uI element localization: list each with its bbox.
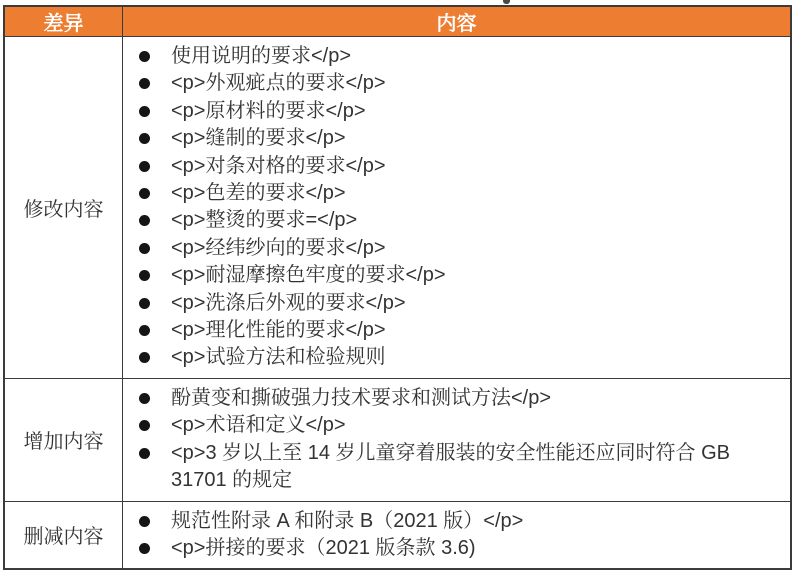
list-item: <p>原材料的要求</p>: [123, 98, 772, 125]
list-item-text: <p>理化性能的要求</p>: [171, 317, 772, 344]
list-item: 规范性附录 A 和附录 B（2021 版）</p>: [123, 508, 772, 535]
list-item: <p>3 岁以上至 14 岁儿童穿着服装的安全性能还应同时符合 GB 31701…: [123, 440, 772, 495]
list-item-text: 酚黄变和撕破强力技术要求和测试方法</p>: [171, 385, 772, 412]
list-item-text: 使用说明的要求</p>: [171, 43, 772, 70]
bullet-icon: [139, 51, 150, 62]
list-item-text: 规范性附录 A 和附录 B（2021 版）</p>: [171, 508, 772, 535]
list-item: 酚黄变和撕破强力技术要求和测试方法</p>: [123, 385, 772, 412]
bullet-icon: [139, 106, 150, 117]
header-col-diff: 差异: [4, 6, 123, 37]
list-item-text: <p>术语和定义</p>: [171, 412, 772, 439]
bullet-list: 酚黄变和撕破强力技术要求和测试方法</p><p>术语和定义</p><p>3 岁以…: [123, 385, 772, 495]
list-item: 使用说明的要求</p>: [123, 43, 772, 70]
list-item-text: <p>外观疵点的要求</p>: [171, 70, 772, 97]
section-label: 修改内容: [4, 37, 123, 379]
header-row: 差异 内容: [4, 6, 791, 37]
list-item: <p>洗涤后外观的要求</p>: [123, 290, 772, 317]
bullet-icon: [139, 188, 150, 199]
section-content-cell: 规范性附录 A 和附录 B（2021 版）</p><p>拼接的要求（2021 版…: [123, 501, 792, 569]
bullet-icon: [139, 78, 150, 89]
bullet-icon: [139, 352, 150, 363]
diff-table: 差异 内容 修改内容使用说明的要求</p><p>外观疵点的要求</p><p>原材…: [3, 5, 792, 570]
section-label: 删减内容: [4, 501, 123, 569]
list-item-text: <p>试验方法和检验规则: [171, 344, 772, 371]
list-item: <p>外观疵点的要求</p>: [123, 70, 772, 97]
cropped-text-artifact: [503, 0, 510, 4]
list-item-text: <p>耐湿摩擦色牢度的要求</p>: [171, 262, 772, 289]
list-item: <p>耐湿摩擦色牢度的要求</p>: [123, 262, 772, 289]
bullet-icon: [139, 393, 150, 404]
list-item: <p>缝制的要求</p>: [123, 125, 772, 152]
list-item-text: <p>色差的要求</p>: [171, 180, 772, 207]
list-item: <p>对条对格的要求</p>: [123, 153, 772, 180]
list-item-text: <p>3 岁以上至 14 岁儿童穿着服装的安全性能还应同时符合 GB 31701…: [171, 440, 772, 495]
list-item: <p>拼接的要求（2021 版条款 3.6): [123, 535, 772, 562]
table-row: 增加内容酚黄变和撕破强力技术要求和测试方法</p><p>术语和定义</p><p>…: [4, 378, 791, 501]
list-item: <p>经纬纱向的要求</p>: [123, 235, 772, 262]
bullet-icon: [139, 516, 150, 527]
bullet-icon: [139, 215, 150, 226]
bullet-icon: [139, 298, 150, 309]
table-body: 修改内容使用说明的要求</p><p>外观疵点的要求</p><p>原材料的要求</…: [4, 37, 791, 570]
bullet-icon: [139, 133, 150, 144]
bullet-icon: [139, 270, 150, 281]
table-row: 修改内容使用说明的要求</p><p>外观疵点的要求</p><p>原材料的要求</…: [4, 37, 791, 379]
list-item-text: <p>对条对格的要求</p>: [171, 153, 772, 180]
list-item-text: <p>拼接的要求（2021 版条款 3.6): [171, 535, 772, 562]
bullet-icon: [139, 448, 150, 459]
list-item: <p>色差的要求</p>: [123, 180, 772, 207]
page: 差异 内容 修改内容使用说明的要求</p><p>外观疵点的要求</p><p>原材…: [0, 0, 800, 578]
bullet-icon: [139, 243, 150, 254]
list-item-text: <p>原材料的要求</p>: [171, 98, 772, 125]
bullet-list: 规范性附录 A 和附录 B（2021 版）</p><p>拼接的要求（2021 版…: [123, 508, 772, 563]
list-item: <p>试验方法和检验规则: [123, 344, 772, 371]
list-item: <p>术语和定义</p>: [123, 412, 772, 439]
bullet-icon: [139, 161, 150, 172]
table-row: 删减内容规范性附录 A 和附录 B（2021 版）</p><p>拼接的要求（20…: [4, 501, 791, 569]
list-item: <p>理化性能的要求</p>: [123, 317, 772, 344]
bullet-icon: [139, 420, 150, 431]
list-item-text: <p>缝制的要求</p>: [171, 125, 772, 152]
list-item-text: <p>洗涤后外观的要求</p>: [171, 290, 772, 317]
table-header: 差异 内容: [4, 6, 791, 37]
list-item-text: <p>经纬纱向的要求</p>: [171, 235, 772, 262]
list-item: <p>整烫的要求=</p>: [123, 207, 772, 234]
bullet-icon: [139, 543, 150, 554]
section-content-cell: 使用说明的要求</p><p>外观疵点的要求</p><p>原材料的要求</p><p…: [123, 37, 792, 379]
section-label: 增加内容: [4, 378, 123, 501]
list-item-text: <p>整烫的要求=</p>: [171, 207, 772, 234]
header-col-content: 内容: [123, 6, 792, 37]
bullet-list: 使用说明的要求</p><p>外观疵点的要求</p><p>原材料的要求</p><p…: [123, 43, 772, 372]
section-content-cell: 酚黄变和撕破强力技术要求和测试方法</p><p>术语和定义</p><p>3 岁以…: [123, 378, 792, 501]
bullet-icon: [139, 325, 150, 336]
